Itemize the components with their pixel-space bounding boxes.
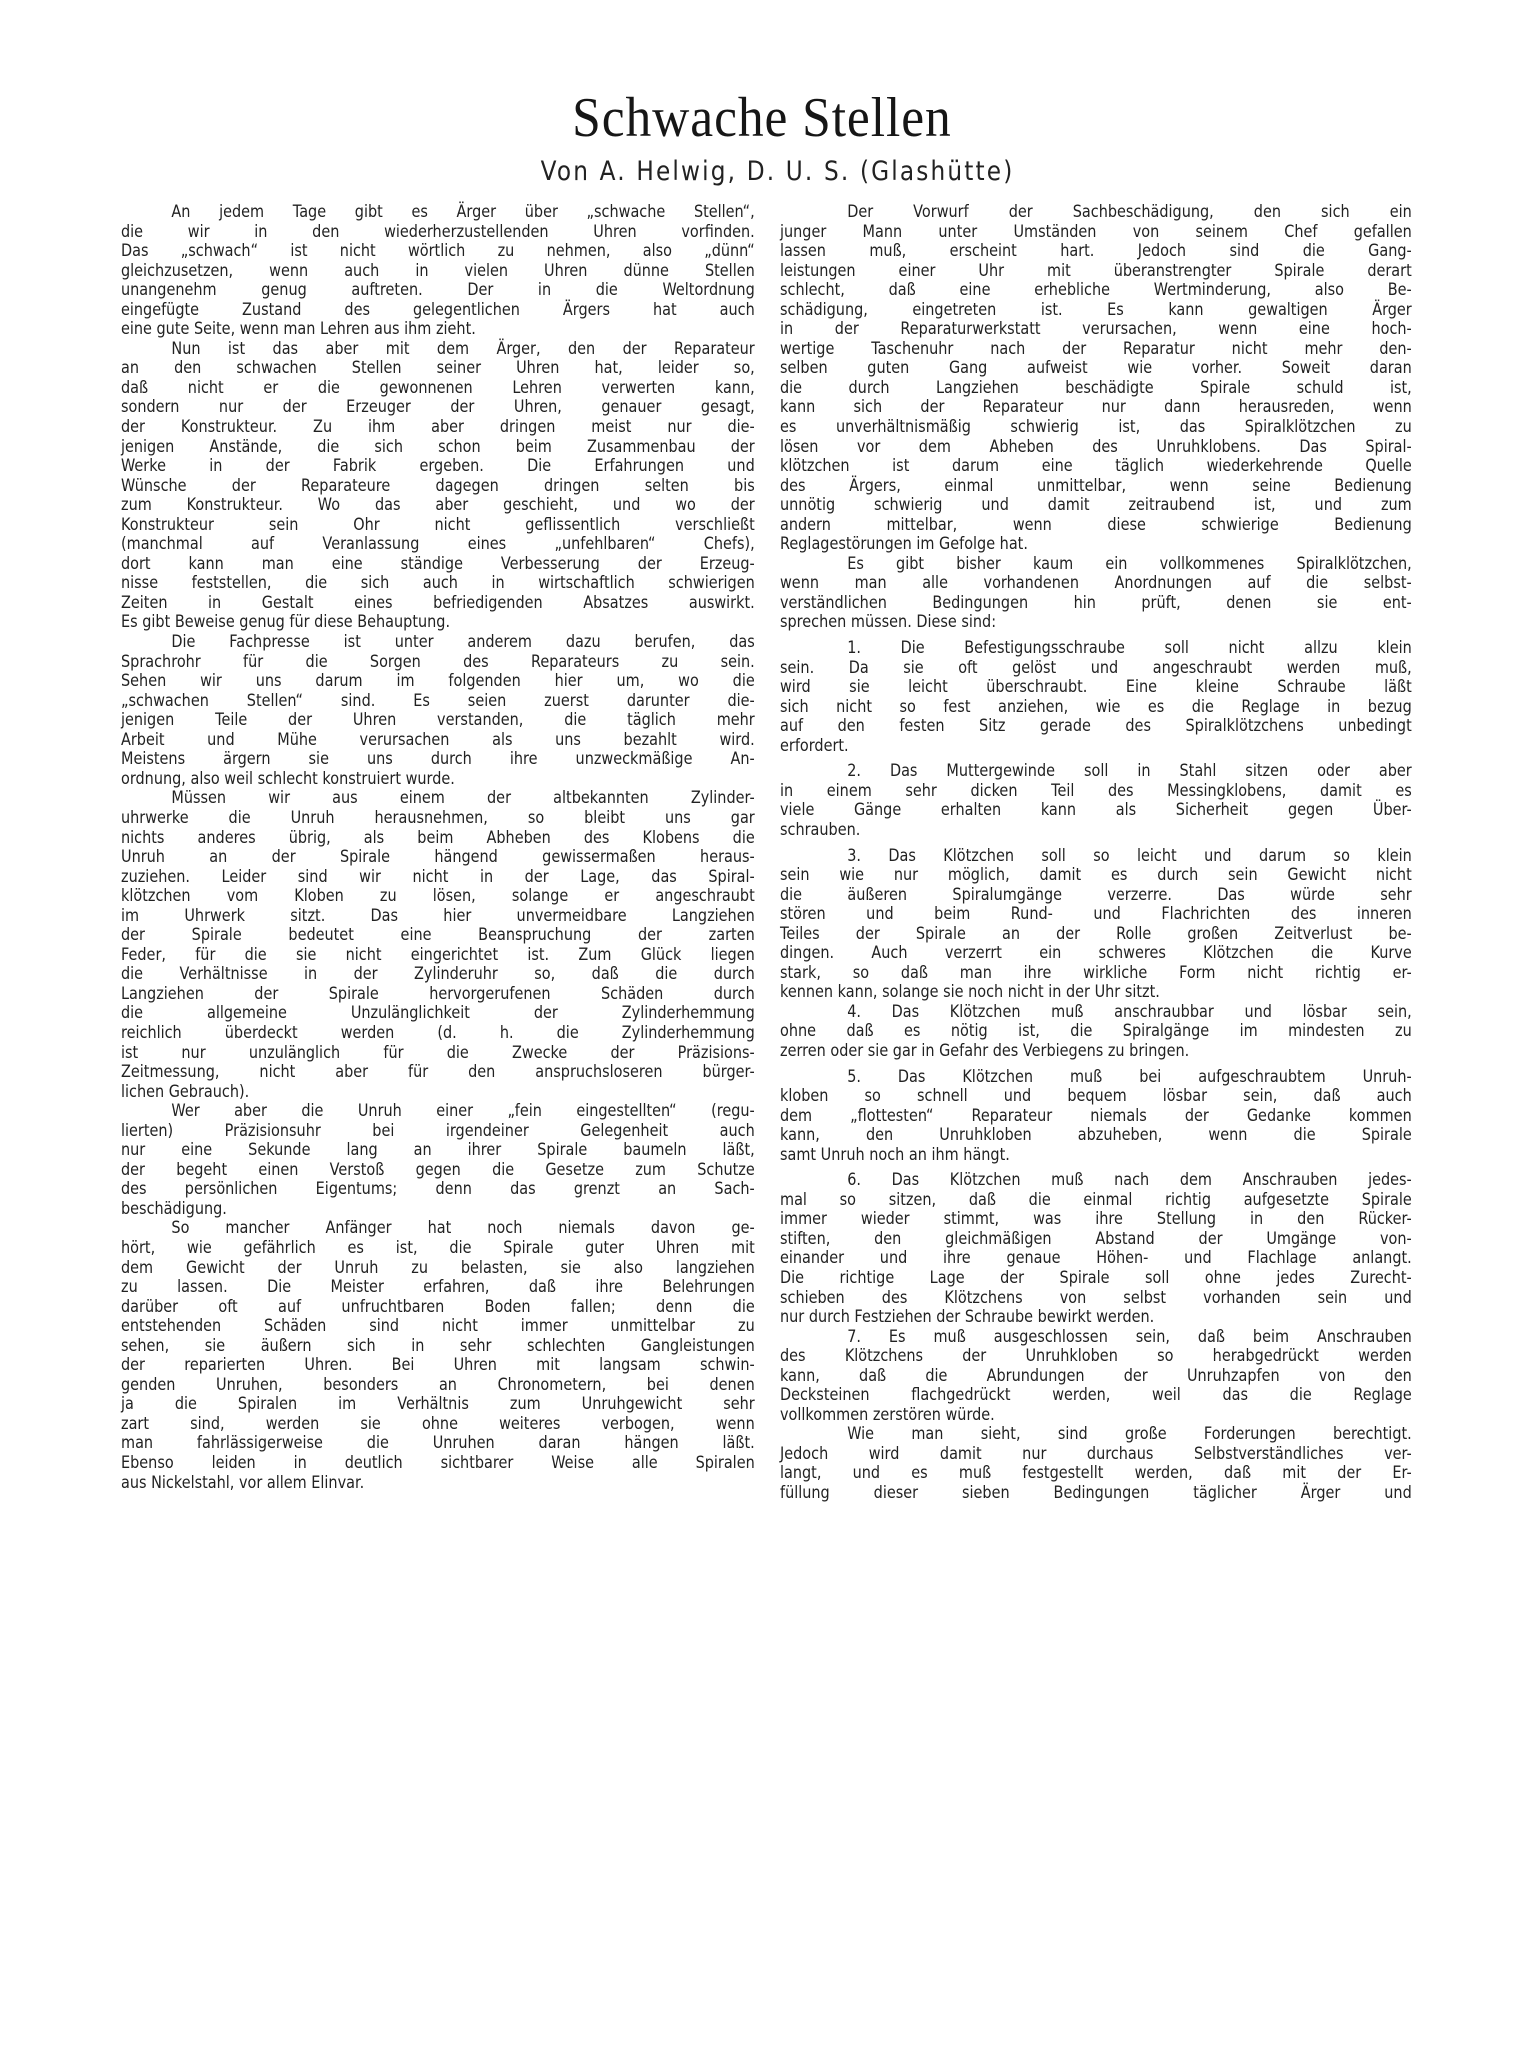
text-line: des Ärgers, einmal unmittelbar, wenn sei… (780, 477, 1412, 497)
text-line: andern mittelbar, wenn diese schwierige … (780, 516, 1412, 536)
text-line: schädigung, eingetreten ist. Es kann gew… (780, 301, 1412, 321)
text-line: Langziehen der Spirale hervorgerufenen S… (121, 985, 755, 1005)
text-line: Decksteinen flachgedrückt werden, weil d… (780, 1386, 1412, 1406)
text-line: schlecht, daß eine erhebliche Wertminder… (780, 281, 1412, 301)
paragraph: Die Fachpresse ist unter anderem dazu be… (121, 633, 755, 789)
text-line: 6. Das Klötzchen muß nach dem Anschraube… (780, 1171, 1412, 1191)
text-line: An jedem Tage gibt es Ärger über „schwac… (121, 203, 755, 223)
text-line: wertige Taschenuhr nach der Reparatur ni… (780, 340, 1412, 360)
text-line: der Spirale bedeutet eine Beanspruchung … (121, 926, 755, 946)
paragraph: 1. Die Befestigungsschraube soll nicht a… (780, 639, 1412, 756)
paragraph: Nun ist das aber mit dem Ärger, den der … (121, 340, 755, 633)
text-line: die Verhältnisse in der Zylinderuhr so, … (121, 965, 755, 985)
text-line: eingefügte Zustand des gelegentlichen Är… (121, 301, 755, 321)
text-line: viele Gänge erhalten kann als Sicherheit… (780, 801, 1412, 821)
text-line: aus Nickelstahl, vor allem Elinvar. (121, 1474, 755, 1494)
text-line: Ebenso leiden in deutlich sichtbarer Wei… (121, 1454, 755, 1474)
text-line: „schwachen Stellen“ sind. Es seien zuers… (121, 692, 755, 712)
text-line: dem „flottesten“ Reparateur niemals der … (780, 1107, 1412, 1127)
text-line: die äußeren Spiralumgänge verzerre. Das … (780, 886, 1412, 906)
text-line: Meistens ärgern sie uns durch ihre unzwe… (121, 750, 755, 770)
text-line: langt, und es muß festgestellt werden, d… (780, 1464, 1412, 1484)
text-line: ohne daß es nötig ist, die Spiralgänge i… (780, 1022, 1412, 1042)
paragraph: An jedem Tage gibt es Ärger über „schwac… (121, 203, 755, 340)
text-line: 7. Es muß ausgeschlossen sein, daß beim … (780, 1328, 1412, 1348)
text-line: Das „schwach“ ist nicht wörtlich zu nehm… (121, 242, 755, 262)
text-line: des Klötzchens der Unruhkloben so herabg… (780, 1347, 1412, 1367)
text-line: klötzchen ist darum eine täglich wiederk… (780, 457, 1412, 477)
text-line: eine gute Seite, wenn man Lehren aus ihm… (121, 320, 755, 340)
text-line: lichen Gebrauch). (121, 1083, 755, 1103)
text-line: Jedoch wird damit nur durchaus Selbstver… (780, 1445, 1412, 1465)
text-line: Müssen wir aus einem der altbekannten Zy… (121, 789, 755, 809)
text-line: kloben so schnell und bequem lösbar sein… (780, 1087, 1412, 1107)
paragraph: Es gibt bisher kaum ein vollkommenes Spi… (780, 555, 1412, 633)
text-line: samt Unruh noch an ihm hängt. (780, 1146, 1412, 1166)
text-line: Wünsche der Reparateure dagegen dringen … (121, 477, 755, 497)
text-line: Sprachrohr für die Sorgen des Reparateur… (121, 653, 755, 673)
text-line: des persönlichen Eigentums; denn das gre… (121, 1180, 755, 1200)
text-line: Die richtige Lage der Spirale soll ohne … (780, 1269, 1412, 1289)
text-line: Feder, für die sie nicht eingerichtet is… (121, 946, 755, 966)
text-line: vollkommen zerstören würde. (780, 1406, 1412, 1426)
text-line: Sehen wir uns darum im folgenden hier um… (121, 672, 755, 692)
text-line: zerren oder sie gar in Gefahr des Verbie… (780, 1042, 1412, 1062)
text-line: Wer aber die Unruh einer „fein eingestel… (121, 1102, 755, 1122)
text-line: immer wieder stimmt, was ihre Stellung i… (780, 1210, 1412, 1230)
paragraph: 6. Das Klötzchen muß nach dem Anschraube… (780, 1171, 1412, 1327)
text-line: im Uhrwerk sitzt. Das hier unvermeidbare… (121, 907, 755, 927)
text-line: genden Unruhen, besonders an Chronometer… (121, 1376, 755, 1396)
paragraph: Wer aber die Unruh einer „fein eingestel… (121, 1102, 755, 1219)
text-line: uhrwerke die Unruh herausnehmen, so blei… (121, 809, 755, 829)
text-line: Konstrukteur sein Ohr nicht geflissentli… (121, 516, 755, 536)
text-line: leistungen einer Uhr mit überanstrengter… (780, 262, 1412, 282)
text-line: dem Gewicht der Unruh zu belasten, sie a… (121, 1259, 755, 1279)
text-line: kann, den Unruhkloben abzuheben, wenn di… (780, 1126, 1412, 1146)
text-line: selben guten Gang aufweist wie vorher. S… (780, 359, 1412, 379)
text-line: Zeitmessung, nicht aber für den anspruch… (121, 1063, 755, 1083)
text-line: sein wie nur möglich, damit es durch sei… (780, 866, 1412, 886)
paragraph: 2. Das Muttergewinde soll in Stahl sitze… (780, 762, 1412, 840)
text-line: Reglagestörungen im Gefolge hat. (780, 535, 1412, 555)
text-line: 4. Das Klötzchen muß anschraubbar und lö… (780, 1003, 1412, 1023)
text-line: ordnung, also weil schlecht konstruiert … (121, 770, 755, 790)
text-line: hört, wie gefährlich es ist, die Spirale… (121, 1239, 755, 1259)
text-line: die allgemeine Unzulänglichkeit der Zyli… (121, 1004, 755, 1024)
paragraph: 7. Es muß ausgeschlossen sein, daß beim … (780, 1328, 1412, 1426)
text-line: zuziehen. Leider sind wir nicht in der L… (121, 868, 755, 888)
text-line: nur durch Festziehen der Schraube bewirk… (780, 1308, 1412, 1328)
text-line: die durch Langziehen beschädigte Spirale… (780, 379, 1412, 399)
text-line: zu lassen. Die Meister erfahren, daß ihr… (121, 1278, 755, 1298)
text-line: Arbeit und Mühe verursachen als uns beza… (121, 731, 755, 751)
text-line: dingen. Auch verzerrt ein schweres Klötz… (780, 944, 1412, 964)
text-line: lierten) Präzisionsuhr bei irgendeiner G… (121, 1122, 755, 1142)
text-line: Werke in der Fabrik ergeben. Die Erfahru… (121, 457, 755, 477)
text-line: junger Mann unter Umständen von seinem C… (780, 223, 1412, 243)
text-line: kann, daß die Abrundungen der Unruhzapfe… (780, 1367, 1412, 1387)
text-line: So mancher Anfänger hat noch niemals dav… (121, 1219, 755, 1239)
text-line: Zeiten in Gestalt eines befriedigenden A… (121, 594, 755, 614)
text-line: wenn man alle vorhandenen Anordnungen au… (780, 574, 1412, 594)
text-line: zart sind, werden sie ohne weiteres verb… (121, 1415, 755, 1435)
paragraph: 3. Das Klötzchen soll so leicht und daru… (780, 847, 1412, 1003)
text-line: Es gibt Beweise genug für diese Behauptu… (121, 613, 755, 633)
text-line: dort kann man eine ständige Verbesserung… (121, 555, 755, 575)
text-line: lassen muß, erscheint hart. Jedoch sind … (780, 242, 1412, 262)
text-line: kann sich der Reparateur nur dann heraus… (780, 398, 1412, 418)
text-line: jenigen Anstände, die sich schon beim Zu… (121, 438, 755, 458)
text-line: Wie man sieht, sind große Forderungen be… (780, 1425, 1412, 1445)
text-line: der Konstrukteur. Zu ihm aber dringen me… (121, 418, 755, 438)
text-line: zum Konstrukteur. Wo das aber geschieht,… (121, 496, 755, 516)
text-line: mal so sitzen, daß die einmal richtig au… (780, 1191, 1412, 1211)
text-line: es unverhältnismäßig schwierig ist, das … (780, 418, 1412, 438)
text-line: unnötig schwierig und damit zeitraubend … (780, 496, 1412, 516)
text-line: sein. Da sie oft gelöst und angeschraubt… (780, 659, 1412, 679)
text-line: Die Fachpresse ist unter anderem dazu be… (121, 633, 755, 653)
text-line: beschädigung. (121, 1200, 755, 1220)
text-line: sprechen müssen. Diese sind: (780, 613, 1412, 633)
text-line: 3. Das Klötzchen soll so leicht und daru… (780, 847, 1412, 867)
text-line: 5. Das Klötzchen muß bei aufgeschraubtem… (780, 1068, 1412, 1088)
paragraph: So mancher Anfänger hat noch niemals dav… (121, 1219, 755, 1493)
text-line: wird sie leicht überschraubt. Eine klein… (780, 678, 1412, 698)
text-line: darüber oft auf unfruchtbaren Boden fall… (121, 1298, 755, 1318)
text-line: lösen vor dem Abheben des Unruhklobens. … (780, 438, 1412, 458)
text-line: in einem sehr dicken Teil des Messingklo… (780, 782, 1412, 802)
text-line: gleichzusetzen, wenn auch in vielen Uhre… (121, 262, 755, 282)
text-line: stiften, den gleichmäßigen Abstand der U… (780, 1230, 1412, 1250)
text-line: verständlichen Bedingungen hin prüft, de… (780, 594, 1412, 614)
paragraph: 4. Das Klötzchen muß anschraubbar und lö… (780, 1003, 1412, 1062)
text-line: (manchmal auf Veranlassung eines „unfehl… (121, 535, 755, 555)
text-line: erfordert. (780, 737, 1412, 757)
text-line: 1. Die Befestigungsschraube soll nicht a… (780, 639, 1412, 659)
text-line: stören und beim Rund- und Flachrichten d… (780, 905, 1412, 925)
text-line: ist nur unzulänglich für die Zwecke der … (121, 1044, 755, 1064)
text-line: reichlich überdeckt werden (d. h. die Zy… (121, 1024, 755, 1044)
text-line: klötzchen vom Kloben zu lösen, solange e… (121, 887, 755, 907)
text-line: einander und ihre genaue Höhen- und Flac… (780, 1249, 1412, 1269)
text-line: ja die Spiralen im Verhältnis zum Unruhg… (121, 1395, 755, 1415)
text-line: füllung dieser sieben Bedingungen täglic… (780, 1484, 1412, 1504)
article-title: Schwache Stellen (60, 88, 1463, 148)
text-line: der begeht einen Verstoß gegen die Geset… (121, 1161, 755, 1181)
paragraph: Müssen wir aus einem der altbekannten Zy… (121, 789, 755, 1102)
text-line: man fahrlässigerweise die Unruhen daran … (121, 1434, 755, 1454)
paragraph: Wie man sieht, sind große Forderungen be… (780, 1425, 1412, 1503)
text-line: sich nicht so fest anziehen, wie es die … (780, 698, 1412, 718)
text-line: auf den festen Sitz gerade des Spiralklö… (780, 717, 1412, 737)
text-line: sehen, sie äußern sich in sehr schlechte… (121, 1337, 755, 1357)
paragraph: 5. Das Klötzchen muß bei aufgeschraubtem… (780, 1068, 1412, 1166)
text-line: 2. Das Muttergewinde soll in Stahl sitze… (780, 762, 1412, 782)
text-line: in der Reparaturwerkstatt verursachen, w… (780, 320, 1412, 340)
right-column: Der Vorwurf der Sachbeschädigung, den si… (780, 203, 1412, 1504)
text-line: entstehenden Schäden sind nicht immer un… (121, 1317, 755, 1337)
text-line: der reparierten Uhren. Bei Uhren mit lan… (121, 1356, 755, 1376)
text-line: Nun ist das aber mit dem Ärger, den der … (121, 340, 755, 360)
text-line: schieben des Klötzchens von selbst vorha… (780, 1289, 1412, 1309)
left-column: An jedem Tage gibt es Ärger über „schwac… (121, 203, 755, 1493)
text-line: an den schwachen Stellen seiner Uhren ha… (121, 359, 755, 379)
paragraph: Der Vorwurf der Sachbeschädigung, den si… (780, 203, 1412, 555)
text-line: sondern nur der Erzeuger der Uhren, gena… (121, 398, 755, 418)
text-line: Teiles der Spirale an der Rolle großen Z… (780, 925, 1412, 945)
text-line: Unruh an der Spirale hängend gewissermaß… (121, 848, 755, 868)
text-line: nichts anderes übrig, als beim Abheben d… (121, 829, 755, 849)
text-line: Es gibt bisher kaum ein vollkommenes Spi… (780, 555, 1412, 575)
text-line: die wir in den wiederherzustellenden Uhr… (121, 223, 755, 243)
text-line: kennen kann, solange sie noch nicht in d… (780, 983, 1412, 1003)
text-line: schrauben. (780, 821, 1412, 841)
text-line: unangenehm genug auftreten. Der in die W… (121, 281, 755, 301)
text-line: stark, so daß man ihre wirkliche Form ni… (780, 964, 1412, 984)
text-line: nisse feststellen, die sich auch in wirt… (121, 574, 755, 594)
text-line: jenigen Teile der Uhren verstanden, die … (121, 711, 755, 731)
article-byline: Von A. Helwig, D. U. S. (Glashütte) (122, 156, 1434, 188)
text-line: daß nicht er die gewonnenen Lehren verwe… (121, 379, 755, 399)
text-line: nur eine Sekunde lang an ihrer Spirale b… (121, 1141, 755, 1161)
text-line: Der Vorwurf der Sachbeschädigung, den si… (780, 203, 1412, 223)
